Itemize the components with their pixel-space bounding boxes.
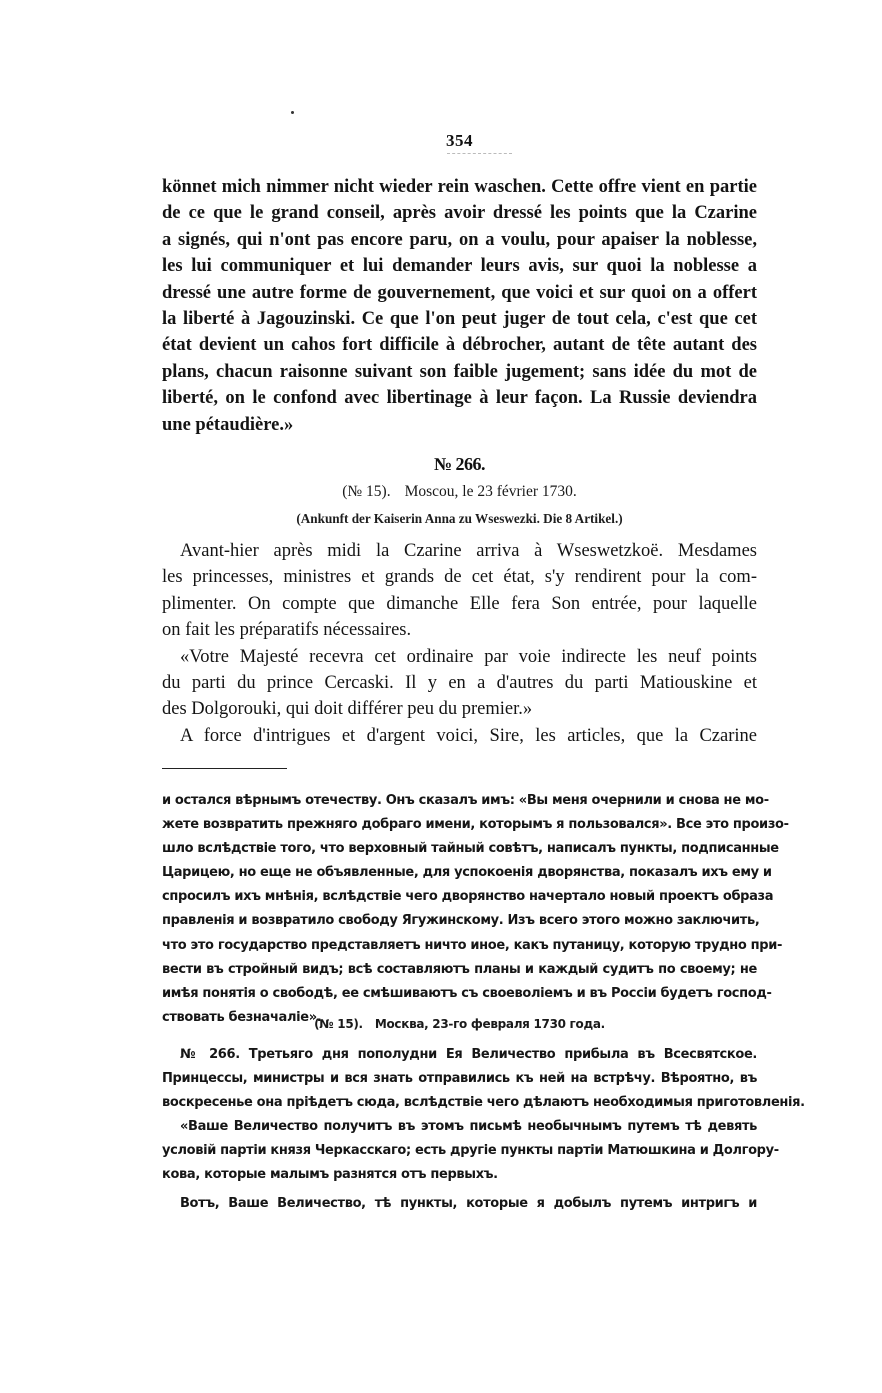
footnote-line: шло вслѣдствіе того, что верховный тайны… xyxy=(162,837,757,861)
document-number: № 266. xyxy=(162,454,757,475)
text-line: état devient un cahos fort difficile à d… xyxy=(162,332,757,358)
continuation-text: könnet mich nimmer nicht wieder rein was… xyxy=(162,174,757,438)
document-ref: (№ 15). xyxy=(342,483,390,500)
footnote-line: жете возвратить прежняго добраго имени, … xyxy=(162,813,757,837)
footnote-date-line: (№ 15).Москва, 23-го февраля 1730 года. xyxy=(162,1017,757,1031)
text-line: A force d'intrigues et d'argent voici, S… xyxy=(162,723,757,749)
footnote-line: № 266. Третьяго дня пополудни Ея Величес… xyxy=(162,1043,757,1067)
text-line: une pétaudière.» xyxy=(162,412,757,438)
document-place-date: Moscou, le 23 février 1730. xyxy=(405,483,577,500)
footnote-line: Царицею, но еще не объявленные, для успо… xyxy=(162,861,757,885)
text-line: a signés, qui n'ont pas encore paru, on … xyxy=(162,227,757,253)
text-line: on fait les préparatifs nécessaires. xyxy=(162,617,757,643)
footnote-line: и остался вѣрнымъ отечеству. Онъ сказалъ… xyxy=(162,789,757,813)
footnote-line: условій партіи князя Черкасскаго; есть д… xyxy=(162,1139,757,1163)
text-line: liberté, on le confond avec libertinage … xyxy=(162,385,757,411)
text-line: les princesses, ministres et grands de c… xyxy=(162,564,757,590)
text-line: la liberté à Jagouzinski. Ce que l'on pe… xyxy=(162,306,757,332)
footnote-ref: (№ 15). xyxy=(314,1017,363,1031)
text-line: plimenter. On compte que dimanche Elle f… xyxy=(162,591,757,617)
footnote-line: имѣя понятія о свободѣ, ее смѣшиваютъ съ… xyxy=(162,982,757,1006)
footnote-divider xyxy=(162,768,287,769)
text-line: Avant-hier après midi la Czarine arriva … xyxy=(162,538,757,564)
footnote-place-date: Москва, 23-го февраля 1730 года. xyxy=(375,1017,605,1031)
page-number: 354 xyxy=(162,131,757,151)
footnote-body: № 266. Третьяго дня пополудни Ея Величес… xyxy=(162,1043,757,1216)
text-line: könnet mich nimmer nicht wieder rein was… xyxy=(162,174,757,200)
footnote-line: «Ваше Величество получитъ въ этомъ письм… xyxy=(162,1115,757,1139)
footnote-line: кова, которые малымъ разнятся отъ первых… xyxy=(162,1163,757,1187)
document-body: Avant-hier après midi la Czarine arriva … xyxy=(162,538,757,749)
footnote-line: Принцессы, министры и вся знать отправил… xyxy=(162,1067,757,1091)
text-line: plans, chacun raisonne suivant son faibl… xyxy=(162,359,757,385)
document-date-line: (№ 15).Moscou, le 23 février 1730. xyxy=(162,483,757,501)
footnote-line: воскресенье она пріѣдетъ сюда, вслѣдстві… xyxy=(162,1091,757,1115)
page-number-rule xyxy=(447,153,512,154)
footnote-line: вести въ стройный видъ; всѣ составляютъ … xyxy=(162,958,757,982)
footnote-line: Вотъ, Ваше Величество, тѣ пункты, которы… xyxy=(162,1192,757,1216)
text-line: dressé une autre forme de gouvernement, … xyxy=(162,280,757,306)
footnote-line: что это государство представляетъ ничто … xyxy=(162,934,757,958)
text-line: «Votre Majesté recevra cet ordinaire par… xyxy=(162,644,757,670)
text-line: de ce que le grand conseil, après avoir … xyxy=(162,200,757,226)
text-line: du parti du prince Cercaski. Il y en a d… xyxy=(162,670,757,696)
text-line: les lui communiquer et lui demander leur… xyxy=(162,253,757,279)
footnote-continuation: и остался вѣрнымъ отечеству. Онъ сказалъ… xyxy=(162,789,757,1030)
text-line: des Dolgorouki, qui doit différer peu du… xyxy=(162,696,757,722)
print-speck xyxy=(291,111,294,114)
document-subtitle: (Ankunft der Kaiserin Anna zu Wseswezki.… xyxy=(162,511,757,527)
footnote-line: спросилъ ихъ мнѣнія, вслѣдствіе чего дво… xyxy=(162,885,757,909)
footnote-line: правленія и возвратило свободу Ягужинско… xyxy=(162,909,757,933)
